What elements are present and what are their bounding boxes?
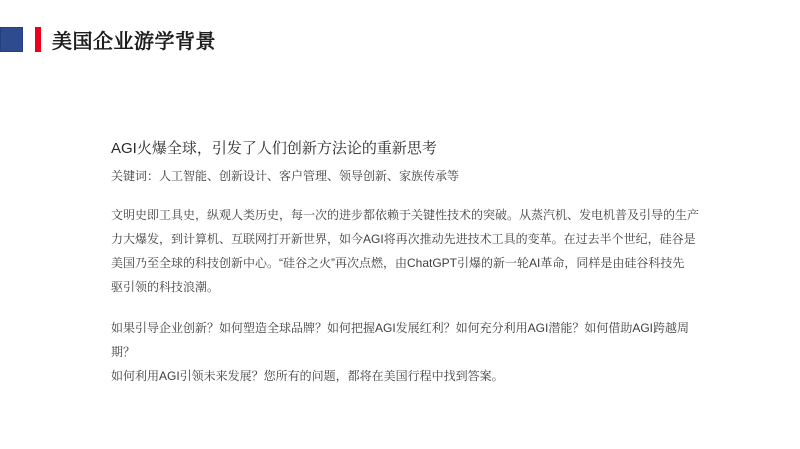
header-accent-square: [0, 27, 23, 52]
paragraph-questions: 如果引导企业创新？如何塑造全球品牌？如何把握AGI发展红利？如何充分利用AGI潜…: [111, 316, 703, 388]
subtitle: AGI火爆全球，引发了人们创新方法论的重新思考: [111, 139, 703, 159]
header-accent-bar: [35, 27, 41, 52]
slide-header: 美国企业游学背景: [0, 27, 800, 52]
page-title: 美国企业游学背景: [52, 24, 216, 53]
slide-body: AGI火爆全球，引发了人们创新方法论的重新思考 关键词：人工智能、创新设计、客户…: [111, 139, 703, 388]
paragraph-history: 文明史即工具史，纵观人类历史，每一次的进步都依赖于关键性技术的突破。从蒸汽机、发…: [111, 203, 703, 299]
keywords-line: 关键词：人工智能、创新设计、客户管理、领导创新、家族传承等: [111, 168, 703, 184]
slide: 美国企业游学背景 AGI火爆全球，引发了人们创新方法论的重新思考 关键词：人工智…: [0, 0, 800, 449]
